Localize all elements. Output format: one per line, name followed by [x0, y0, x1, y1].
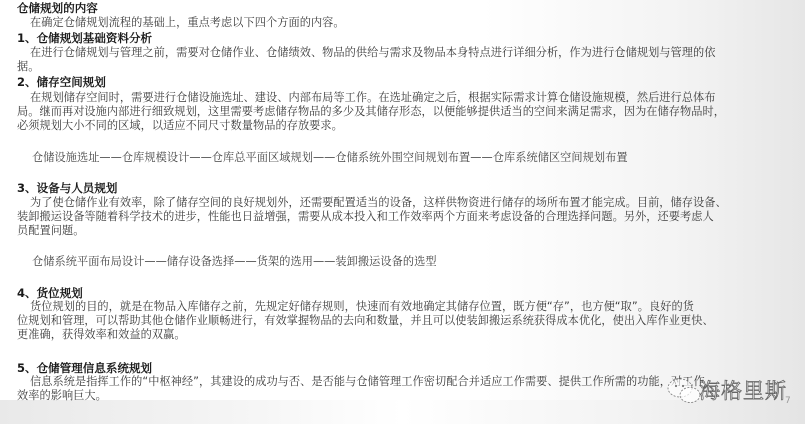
slide-title: 仓储规划的内容	[17, 1, 98, 15]
section-2-flow: 仓储设施选址——仓库规模设计——仓库总平面区域规划——仓储系统外围空间规划布置—…	[32, 151, 628, 165]
section-5-line-1: 信息系统是指挥工作的“中枢神经”，其建设的成功与否、是否能与仓储管理工作密切配合…	[30, 375, 705, 389]
section-2-line-1: 在规划储存空间时，需要进行仓储设施选址、建设、内部布局等工作。在选址确定之后，根…	[30, 91, 716, 105]
section-4-heading: 4、货位规划	[17, 286, 83, 300]
watermark-text: 海格里斯	[699, 375, 787, 405]
section-4-line-3: 更准确，获得效率和效益的双赢。	[17, 328, 186, 342]
section-3-line-1: 为了使仓储作业有效率，除了储存空间的良好规划外，还需要配置适当的设备，这样供物资…	[30, 196, 727, 210]
section-1-line-2: 据。	[17, 60, 39, 74]
page-number: 7	[785, 396, 791, 406]
section-5-line-2: 效率的影响巨大。	[17, 389, 107, 403]
section-1-heading: 1、仓储规划基础资料分析	[17, 31, 152, 45]
section-2-line-3: 必须规划大小不同的区域，以适应不同尺寸数量物品的存放要求。	[17, 119, 343, 133]
section-3-line-3: 员配置问题。	[17, 224, 84, 238]
watermark: 海格里斯	[665, 372, 785, 408]
section-4-line-1: 货位规划的目的，就是在物品入库储存之前，先规定好储存规则，快速而有效地确定其储存…	[30, 300, 694, 314]
section-2-line-2: 局。继而再对设施内部进行细致规划，这里需要考虑储存物品的多少及其储存形态，以便能…	[17, 105, 725, 119]
section-5-heading: 5、仓储管理信息系统规划	[17, 361, 152, 375]
section-4-line-2: 位规划和管理，可以帮助其他仓储作业顺畅进行，有效掌握物品的去向和数量，并且可以使…	[17, 314, 714, 328]
section-2-heading: 2、储存空间规划	[17, 75, 106, 89]
intro-text: 在确定仓储规划流程的基础上，重点考虑以下四个方面的内容。	[30, 16, 345, 30]
section-3-heading: 3、设备与人员规划	[17, 181, 117, 195]
section-3-flow: 仓储系统平面布局设计——储存设备选择——货架的选用——装卸搬运设备的选型	[32, 255, 437, 269]
section-3-line-2: 装卸搬运设备等随着科学技术的进步，性能也日益增强，需要从成本投入和工作效率两个方…	[17, 210, 714, 224]
section-1-line-1: 在进行仓储规划与管理之前，需要对仓储作业、仓储绩效、物品的供给与需求及物品本身特…	[30, 46, 716, 60]
slide: 仓储规划的内容 在确定仓储规划流程的基础上，重点考虑以下四个方面的内容。 1、仓…	[0, 0, 805, 424]
